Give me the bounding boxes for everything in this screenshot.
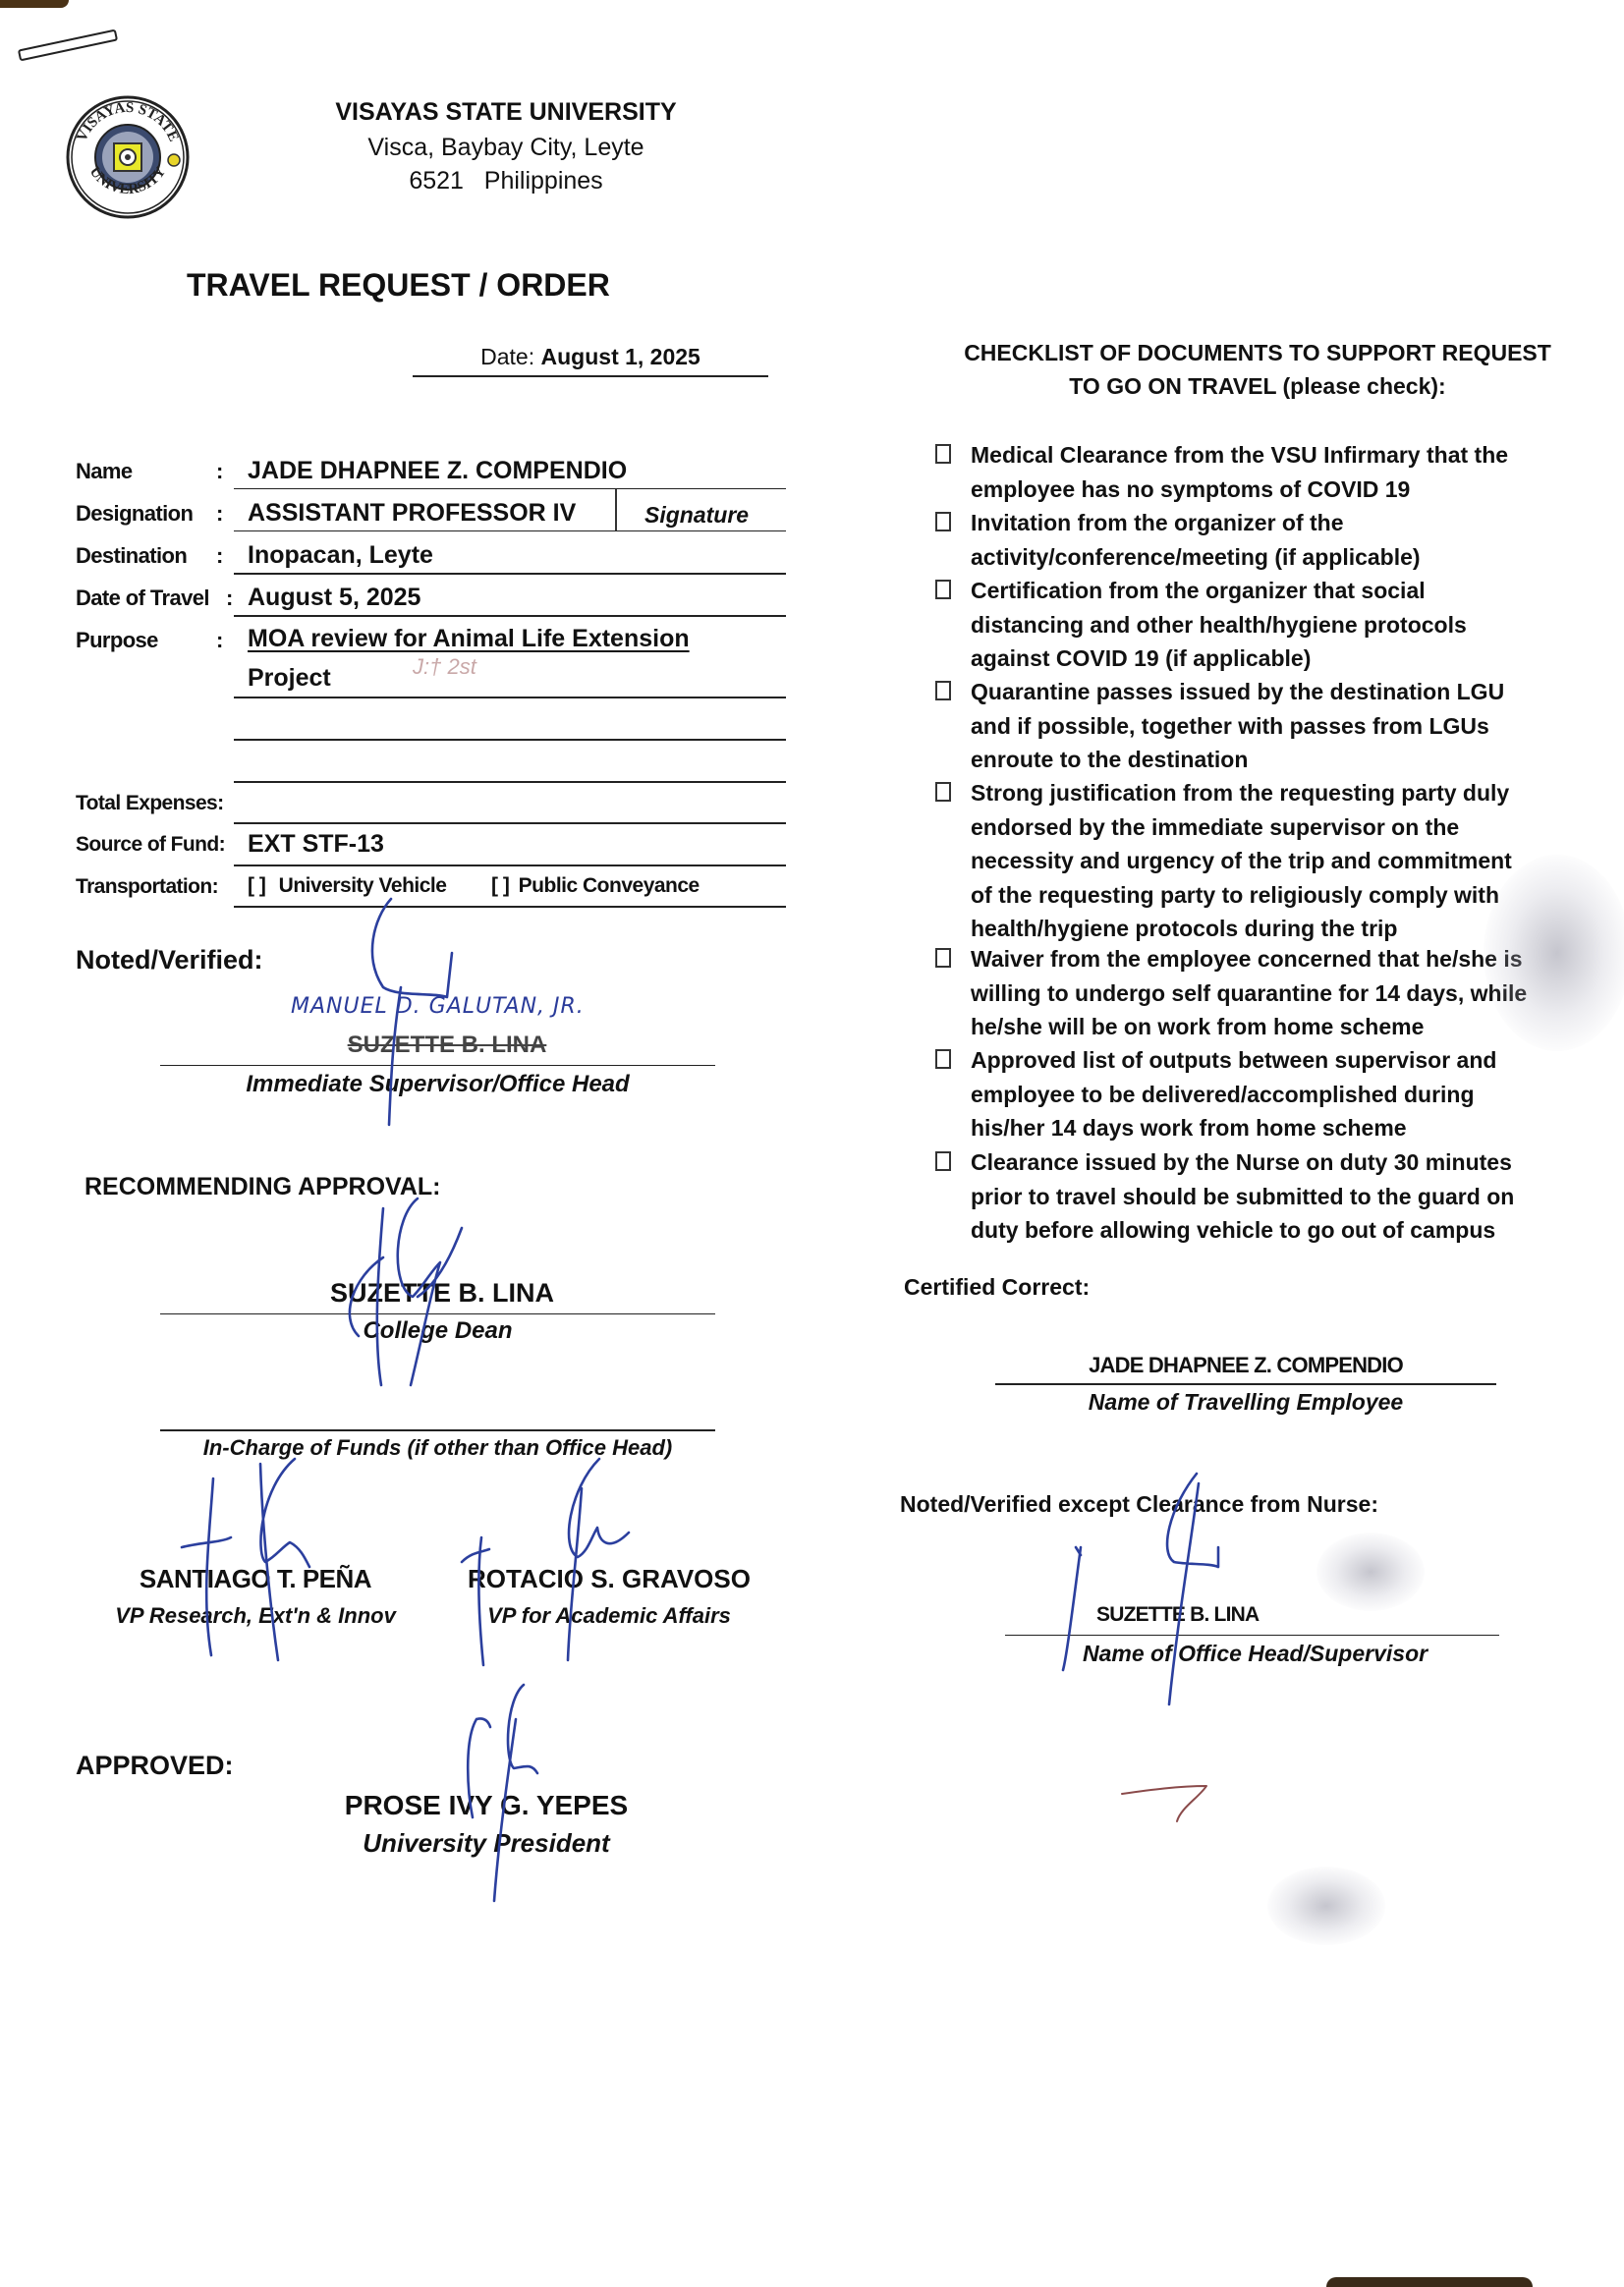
vp-academic-signature xyxy=(462,1459,658,1665)
checkbox-bracket[interactable]: [ ] xyxy=(248,874,265,897)
checkbox[interactable] xyxy=(935,681,951,700)
noted-verified-label: Noted/Verified: xyxy=(76,945,263,976)
total-expenses-label: Total Expenses: xyxy=(76,792,224,815)
purpose-field-line2[interactable]: Project xyxy=(248,664,331,693)
colon: : xyxy=(226,586,233,611)
purpose-label: Purpose xyxy=(76,628,158,653)
scan-smudge xyxy=(1484,855,1624,1051)
president-signature xyxy=(447,1680,565,1906)
checklist-item-text: Clearance issued by the Nurse on duty 30… xyxy=(971,1145,1580,1248)
designation-field[interactable]: ASSISTANT PROFESSOR IV xyxy=(248,499,576,528)
red-pen-mark xyxy=(1120,1778,1218,1827)
date-label: Date: xyxy=(480,344,534,369)
university-seal-icon: VISAYAS STATE UNIVERSITY xyxy=(65,94,191,220)
public-conveyance-option[interactable]: [ ] Public Conveyance xyxy=(491,874,700,898)
designation-label: Designation xyxy=(76,501,193,527)
field-underline xyxy=(234,573,786,575)
blank-line xyxy=(234,781,786,783)
date-underline xyxy=(413,375,768,377)
colon: : xyxy=(216,628,223,653)
signature-line xyxy=(160,1429,715,1431)
employee-role: Name of Travelling Employee xyxy=(995,1389,1496,1416)
pen-mark xyxy=(18,29,118,62)
scan-edge-shadow xyxy=(0,0,69,8)
checklist-item-text: Medical Clearance from the VSU Infirmary… xyxy=(971,438,1580,506)
field-underline xyxy=(234,865,786,866)
vp-research-signature xyxy=(162,1459,319,1665)
source-of-fund-field[interactable]: EXT STF-13 xyxy=(248,830,384,859)
field-underline xyxy=(234,615,786,617)
checklist-item-text: Approved list of outputs between supervi… xyxy=(971,1043,1580,1145)
university-postal: 6521 Philippines xyxy=(285,167,727,195)
dean-signature xyxy=(324,1189,501,1395)
certified-correct-label: Certified Correct: xyxy=(904,1274,1090,1301)
checkbox-bracket[interactable]: [ ] xyxy=(491,874,509,897)
signature-line xyxy=(995,1383,1496,1385)
checklist-item-text: Quarantine passes issued by the destinat… xyxy=(971,675,1580,777)
checklist-title: CHECKLIST OF DOCUMENTS TO SUPPORT REQUES… xyxy=(933,336,1582,403)
supervisor-signature xyxy=(354,879,491,1135)
checkbox[interactable] xyxy=(935,444,951,464)
university-address: Visca, Baybay City, Leyte xyxy=(285,134,727,162)
signature-divider xyxy=(615,489,617,530)
checklist-item-text: Invitation from the organizer of theacti… xyxy=(971,506,1580,574)
checkbox[interactable] xyxy=(935,580,951,599)
scan-edge-shadow xyxy=(1326,2277,1533,2287)
field-underline xyxy=(234,488,786,489)
form-title: TRAVEL REQUEST / ORDER xyxy=(187,267,610,304)
request-date: Date: August 1, 2025 xyxy=(413,344,768,370)
field-underline xyxy=(234,697,786,698)
checkbox[interactable] xyxy=(935,512,951,531)
scan-smudge xyxy=(1316,1533,1425,1611)
office-head-signature xyxy=(1051,1469,1228,1704)
name-field[interactable]: JADE DHAPNEE Z. COMPENDIO xyxy=(248,457,627,485)
field-underline xyxy=(234,530,786,531)
employee-name: JADE DHAPNEE Z. COMPENDIO xyxy=(995,1353,1496,1378)
name-label: Name xyxy=(76,459,133,484)
source-of-fund-label: Source of Fund: xyxy=(76,833,225,857)
date-of-travel-label: Date of Travel xyxy=(76,586,209,611)
field-underline xyxy=(234,822,786,824)
date-value: August 1, 2025 xyxy=(541,344,700,369)
approved-label: APPROVED: xyxy=(76,1751,234,1781)
signature-label: Signature xyxy=(644,502,749,529)
funds-incharge-role: In-Charge of Funds (if other than Office… xyxy=(160,1435,715,1461)
checkbox[interactable] xyxy=(935,1151,951,1171)
field-underline xyxy=(234,906,786,908)
scan-smudge xyxy=(1267,1867,1385,1945)
checkbox[interactable] xyxy=(935,948,951,968)
blank-line xyxy=(234,739,786,741)
university-name: VISAYAS STATE UNIVERSITY xyxy=(285,98,727,127)
colon: : xyxy=(216,501,223,527)
purpose-field-line1[interactable]: MOA review for Animal Life Extension xyxy=(248,625,690,653)
destination-field[interactable]: Inopacan, Leyte xyxy=(248,541,433,570)
destination-label: Destination xyxy=(76,543,187,569)
date-of-travel-field[interactable]: August 5, 2025 xyxy=(248,584,420,612)
faint-handwriting: J:† 2st xyxy=(413,654,476,680)
checkbox[interactable] xyxy=(935,1049,951,1069)
checklist-item-text: Certification from the organizer that so… xyxy=(971,574,1580,676)
colon: : xyxy=(216,459,223,484)
checkbox[interactable] xyxy=(935,782,951,802)
transportation-label: Transportation: xyxy=(76,875,218,899)
colon: : xyxy=(216,543,223,569)
